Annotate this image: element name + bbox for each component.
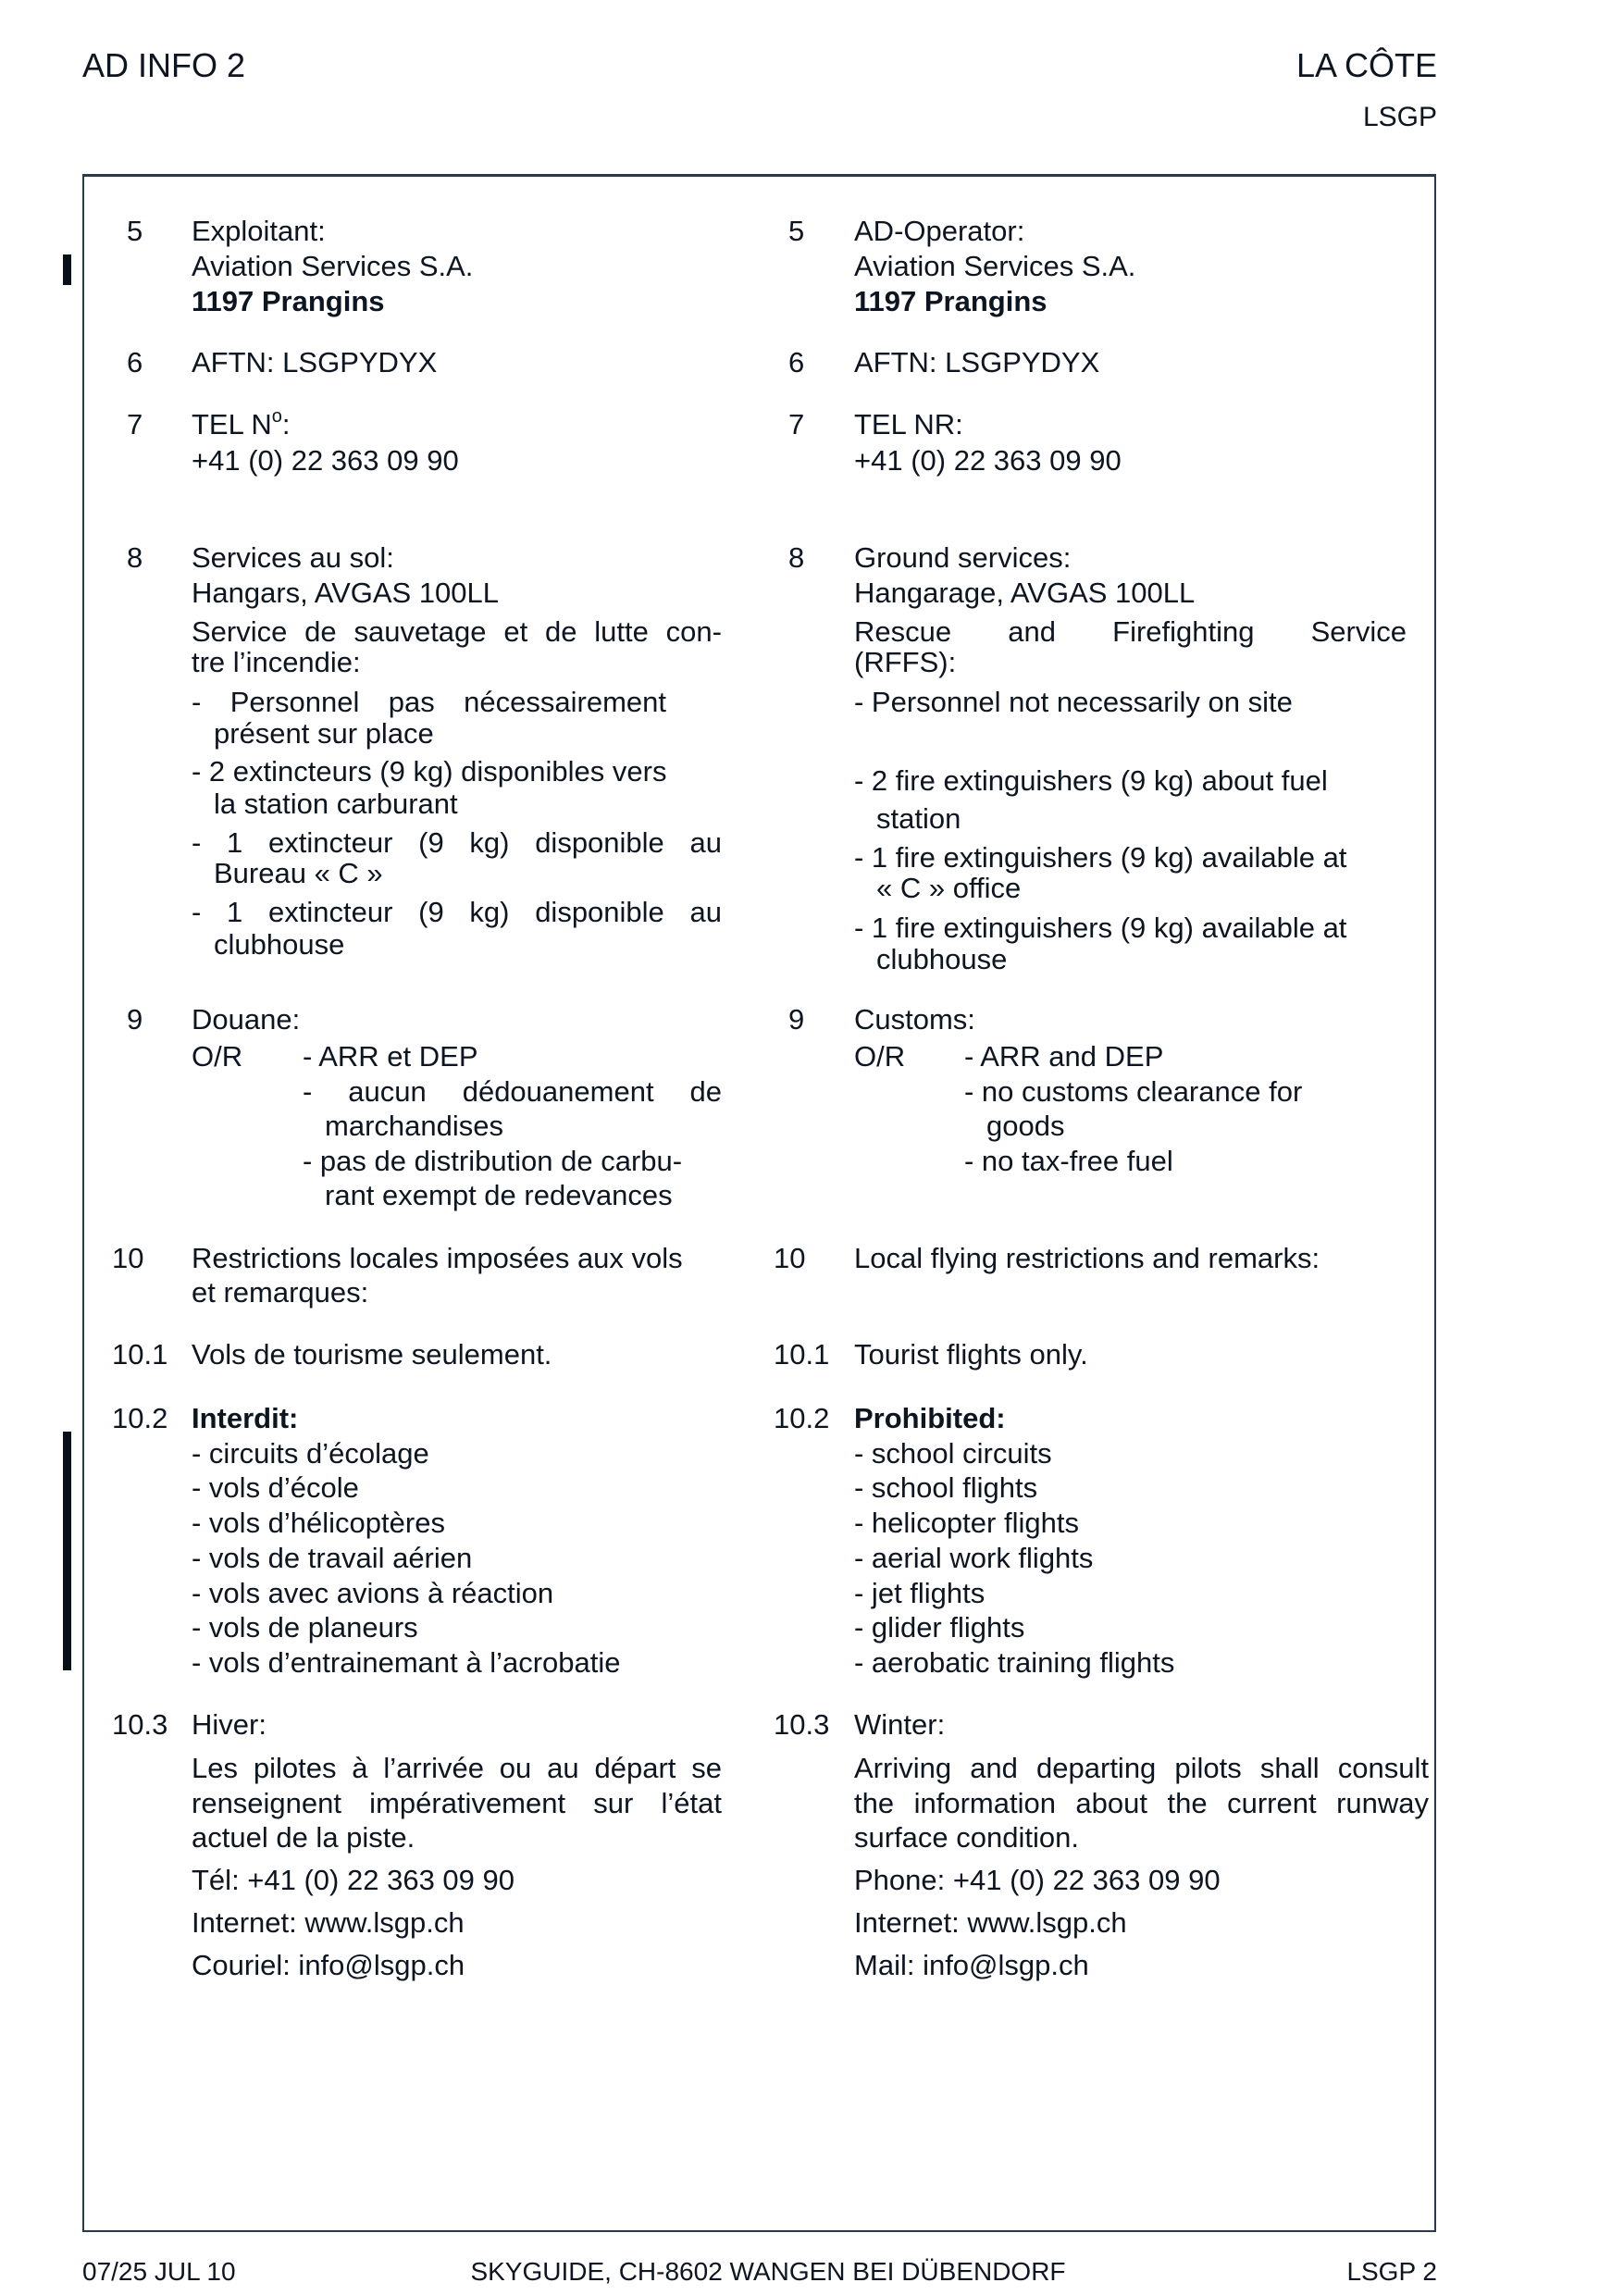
winter-internet: Internet: www.lsgp.ch (854, 1906, 1127, 1940)
prohibited-item: - vols d’école (192, 1471, 359, 1505)
item-number: 10.1 (774, 1338, 829, 1371)
restrictions-heading: Local flying restrictions and remarks: (854, 1242, 1320, 1275)
item-number: 5 (127, 215, 143, 248)
item-number: 10.2 (112, 1402, 167, 1435)
section-title: AD INFO 2 (82, 49, 245, 82)
rffs-heading-cont: (RFFS): (854, 646, 956, 679)
rffs-item: - 2 fire extinguishers (9 kg) about fuel (854, 764, 1328, 798)
winter-phone: Tél: +41 (0) 22 363 09 90 (192, 1864, 514, 1897)
customs-item: - aucun dédouanement de (303, 1075, 722, 1109)
prohibited-item: - school flights (854, 1471, 1037, 1505)
rffs-item-cont: Bureau « C » (214, 857, 383, 890)
item-number: 10 (774, 1242, 805, 1275)
rffs-item-cont: station (876, 802, 961, 836)
customs-item: - no customs clearance for (964, 1075, 1302, 1109)
prohibited-item: - jet flights (854, 1577, 985, 1610)
prohibited-item: - school circuits (854, 1437, 1052, 1470)
operator-name: Aviation Services S.A. (854, 250, 1135, 283)
item-number: 10.3 (774, 1708, 829, 1742)
customs-item: - ARR and DEP (964, 1040, 1163, 1073)
customs-or: O/R (854, 1040, 905, 1073)
restrictions-heading: Restrictions locales imposées aux vols (192, 1242, 683, 1275)
prohibited-item: - vols d’entrainemant à l’acrobatie (192, 1646, 621, 1680)
page-number: LSGP 2 (1346, 2258, 1437, 2286)
customs-or: O/R (192, 1040, 242, 1073)
operator-location: 1197 Prangins (854, 285, 1048, 318)
rffs-item: - 1 fire extinguishers (9 kg) available … (854, 912, 1346, 945)
winter-mail: Mail: info@lsgp.ch (854, 1949, 1089, 1982)
rffs-item-cont: « C » office (876, 872, 1021, 905)
customs-item: - ARR et DEP (303, 1040, 478, 1073)
tel-label-sup: o (272, 406, 282, 427)
prohibited-item: - vols avec avions à réaction (192, 1577, 553, 1610)
winter-label: Hiver: (192, 1708, 267, 1742)
rffs-item: - Personnel pas nécessairement (192, 686, 666, 719)
aftn-address: AFTN: LSGPYDYX (854, 346, 1099, 379)
item-number: 10.3 (112, 1708, 167, 1742)
operator-label: AD-Operator: (854, 215, 1024, 248)
item-number: 8 (788, 541, 804, 575)
publisher: SKYGUIDE, CH-8602 WANGEN BEI DÜBENDORF (0, 2258, 1536, 2286)
tel-number: +41 (0) 22 363 09 90 (192, 444, 459, 478)
prohibited-item: - vols de travail aérien (192, 1542, 472, 1575)
ground-services-hangars: Hangarage, AVGAS 100LL (854, 577, 1195, 610)
item-number: 6 (788, 346, 804, 379)
customs-item: - pas de distribution de carbu- (303, 1145, 682, 1178)
ground-services-label: Ground services: (854, 541, 1071, 575)
tourist-flights-only: Tourist flights only. (854, 1338, 1088, 1371)
customs-item-cont: marchandises (325, 1110, 503, 1143)
change-bar (63, 254, 71, 285)
item-number: 10.2 (774, 1402, 829, 1435)
winter-text: renseignent impérativement sur l’état (192, 1787, 722, 1820)
tel-label-text: TEL N (192, 408, 272, 440)
icao-code: LSGP (1363, 104, 1437, 131)
prohibited-item: - aerobatic training flights (854, 1646, 1174, 1680)
tel-label: TEL No: (192, 408, 290, 441)
customs-item-cont: rant exempt de redevances (325, 1179, 673, 1212)
item-number: 6 (127, 346, 143, 379)
customs-label: Customs: (854, 1003, 975, 1036)
prohibited-label: Prohibited: (854, 1402, 1006, 1435)
tel-label: TEL NR: (854, 408, 963, 441)
winter-mail: Couriel: info@lsgp.ch (192, 1949, 465, 1982)
winter-phone: Phone: +41 (0) 22 363 09 90 (854, 1864, 1221, 1897)
rffs-item: - 1 extincteur (9 kg) disponible au (192, 896, 722, 929)
customs-label: Douane: (192, 1003, 300, 1036)
winter-text: Arriving and departing pilots shall cons… (854, 1752, 1429, 1785)
winter-text: actuel de la piste. (192, 1821, 415, 1855)
rffs-item: - 1 extincteur (9 kg) disponible au (192, 826, 722, 860)
prohibited-item: - vols d’hélicoptères (192, 1507, 445, 1540)
item-number: 9 (788, 1003, 804, 1036)
tel-number: +41 (0) 22 363 09 90 (854, 444, 1122, 478)
operator-location: 1197 Prangins (192, 285, 385, 318)
tel-label-colon: : (282, 408, 291, 440)
winter-internet: Internet: www.lsgp.ch (192, 1906, 465, 1940)
prohibited-item: - helicopter flights (854, 1507, 1079, 1540)
item-number: 10 (112, 1242, 143, 1275)
prohibited-item: - circuits d’écolage (192, 1437, 429, 1470)
winter-text: surface condition. (854, 1821, 1079, 1855)
operator-label: Exploitant: (192, 215, 326, 248)
rffs-heading-cont: tre l’incendie: (192, 646, 361, 679)
winter-label: Winter: (854, 1708, 945, 1742)
restrictions-heading-cont: et remarques: (192, 1276, 368, 1309)
rffs-item-cont: clubhouse (876, 943, 1007, 976)
prohibited-item: - vols de planeurs (192, 1611, 418, 1644)
aftn-address: AFTN: LSGPYDYX (192, 346, 437, 379)
winter-text: the information about the current runway (854, 1787, 1429, 1820)
ground-services-hangars: Hangars, AVGAS 100LL (192, 577, 499, 610)
rffs-item: - 1 fire extinguishers (9 kg) available … (854, 841, 1346, 875)
item-number: 7 (127, 408, 143, 441)
change-bar (63, 1432, 71, 1670)
prohibited-item: - glider flights (854, 1611, 1024, 1644)
prohibited-label: Interdit: (192, 1402, 298, 1435)
customs-item-cont: goods (986, 1110, 1064, 1143)
operator-name: Aviation Services S.A. (192, 250, 473, 283)
customs-item: - no tax-free fuel (964, 1145, 1173, 1178)
winter-text: Les pilotes à l’arrivée ou au départ se (192, 1752, 722, 1785)
rffs-item: - Personnel not necessarily on site (854, 686, 1293, 719)
item-number: 7 (788, 408, 804, 441)
item-number: 9 (127, 1003, 143, 1036)
rffs-item-cont: clubhouse (214, 928, 344, 961)
item-number: 5 (788, 215, 804, 248)
rffs-heading: Service de sauvetage et de lutte con- (192, 615, 722, 649)
item-number: 10.1 (112, 1338, 167, 1371)
aerodrome-name: LA CÔTE (1296, 49, 1437, 82)
tourist-flights-only: Vols de tourisme seulement. (192, 1338, 552, 1371)
rffs-item-cont: la station carburant (214, 788, 458, 821)
item-number: 8 (127, 541, 143, 575)
rffs-heading: Rescue and Firefighting Service (854, 615, 1407, 649)
rffs-item-cont: présent sur place (214, 717, 434, 751)
rffs-item: - 2 extincteurs (9 kg) disponibles vers (192, 755, 666, 788)
prohibited-item: - aerial work flights (854, 1542, 1093, 1575)
ground-services-label: Services au sol: (192, 541, 394, 575)
